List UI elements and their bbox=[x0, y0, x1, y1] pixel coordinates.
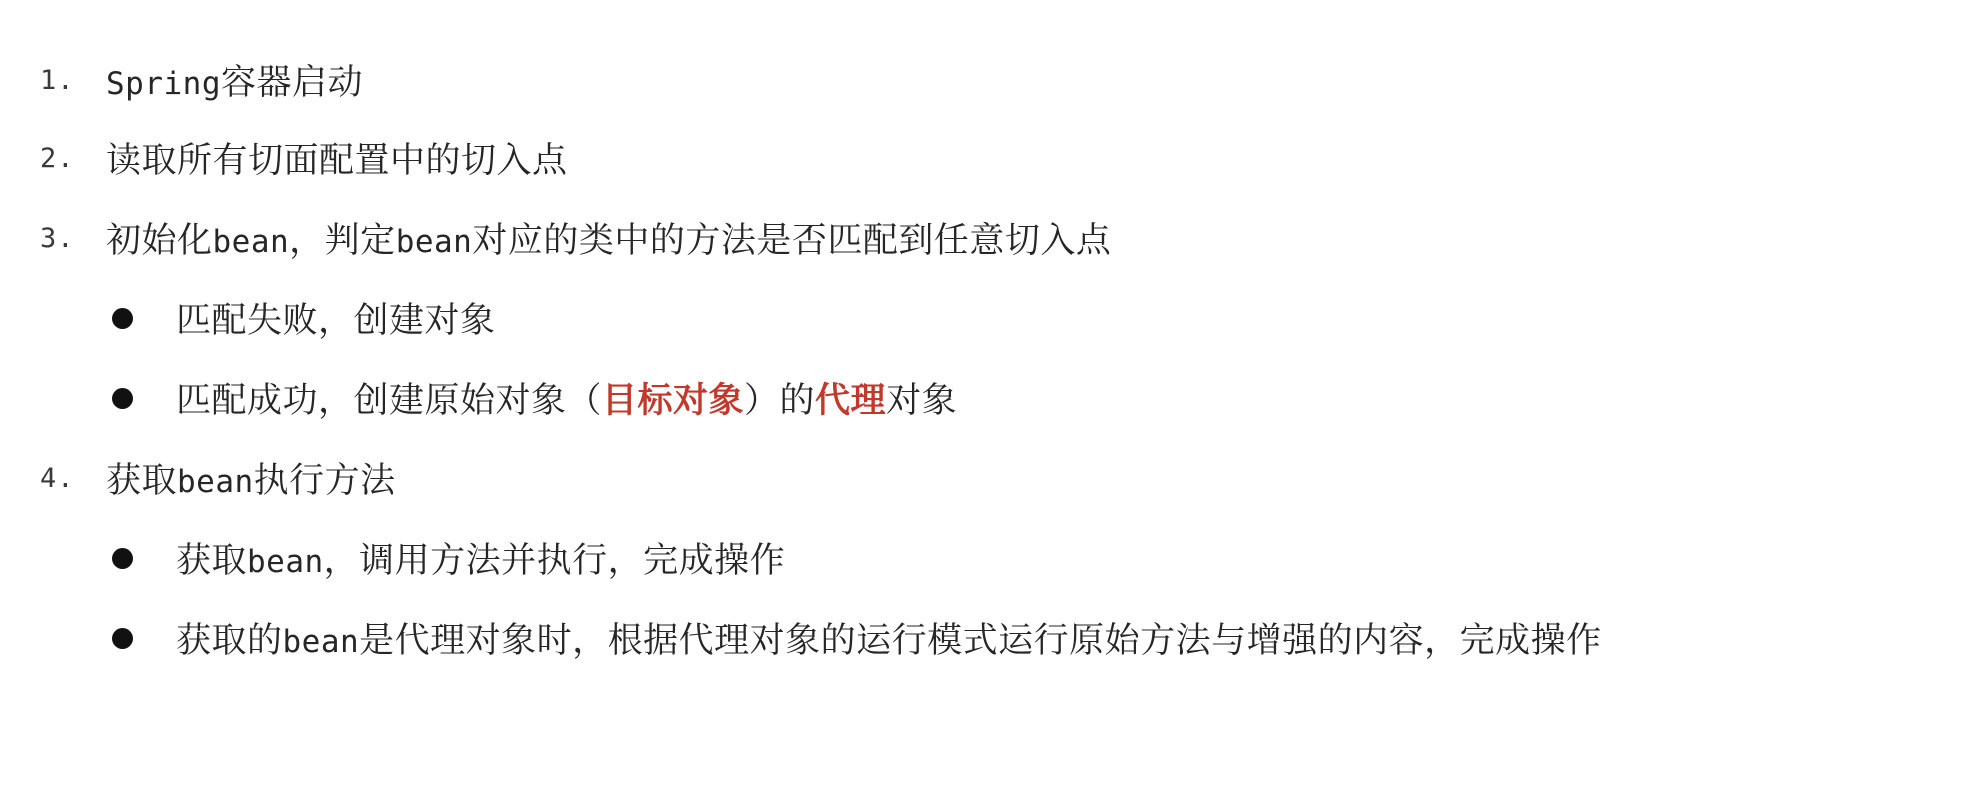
code-term: bean bbox=[396, 224, 473, 260]
list-number: 2. bbox=[40, 143, 75, 174]
bullet-icon bbox=[112, 548, 133, 569]
list-item-text: Spring容器启动 bbox=[106, 55, 363, 105]
text-segment: 匹配失败，创建对象 bbox=[176, 301, 496, 341]
list-item-text: 初始化bean，判定bean对应的类中的方法是否匹配到任意切入点 bbox=[106, 213, 1111, 263]
list-item-text: 读取所有切面配置中的切入点 bbox=[106, 133, 568, 183]
text-segment: 匹配成功，创建原始对象（ bbox=[176, 381, 602, 421]
text-segment: 获取的 bbox=[176, 621, 283, 661]
code-term: bean bbox=[213, 224, 290, 260]
text-segment: 获取 bbox=[106, 461, 177, 501]
text-segment: 初始化 bbox=[106, 221, 213, 261]
code-term: Spring bbox=[106, 66, 221, 102]
list-item-text: 匹配失败，创建对象 bbox=[176, 293, 496, 343]
text-segment: ，调用方法并执行，完成操作 bbox=[324, 541, 786, 581]
text-segment: 对应的类中的方法是否匹配到任意切入点 bbox=[472, 221, 1111, 261]
text-segment: ）的 bbox=[744, 381, 815, 421]
list-number: 1. bbox=[40, 65, 75, 96]
list-item-text: 获取bean，调用方法并执行，完成操作 bbox=[176, 533, 785, 583]
bullet-icon bbox=[112, 308, 133, 329]
text-segment: 执行方法 bbox=[254, 461, 396, 501]
list-number: 3. bbox=[40, 223, 75, 254]
bullet-icon bbox=[112, 388, 133, 409]
list-item-text: 获取bean执行方法 bbox=[106, 453, 396, 503]
highlight-proxy: 代理 bbox=[815, 381, 886, 421]
bullet-icon bbox=[112, 628, 133, 649]
code-term: bean bbox=[247, 544, 324, 580]
list-item-text: 获取的bean是代理对象时，根据代理对象的运行模式运行原始方法与增强的内容，完成… bbox=[176, 613, 1602, 663]
text-segment: 对象 bbox=[886, 381, 957, 421]
slide: 1. Spring容器启动 2. 读取所有切面配置中的切入点 3. 初始化bea… bbox=[0, 0, 1963, 812]
highlight-target-object: 目标对象 bbox=[602, 381, 744, 421]
code-term: bean bbox=[177, 464, 254, 500]
text-segment: 是代理对象时，根据代理对象的运行模式运行原始方法与增强的内容，完成操作 bbox=[359, 621, 1602, 661]
code-term: bean bbox=[283, 624, 360, 660]
text-segment: 获取 bbox=[176, 541, 247, 581]
text-segment: 读取所有切面配置中的切入点 bbox=[106, 141, 568, 181]
text-segment: 容器启动 bbox=[221, 63, 363, 103]
list-number: 4. bbox=[40, 463, 75, 494]
list-item-text: 匹配成功，创建原始对象（目标对象）的代理对象 bbox=[176, 373, 957, 423]
text-segment: ，判定 bbox=[289, 221, 396, 261]
